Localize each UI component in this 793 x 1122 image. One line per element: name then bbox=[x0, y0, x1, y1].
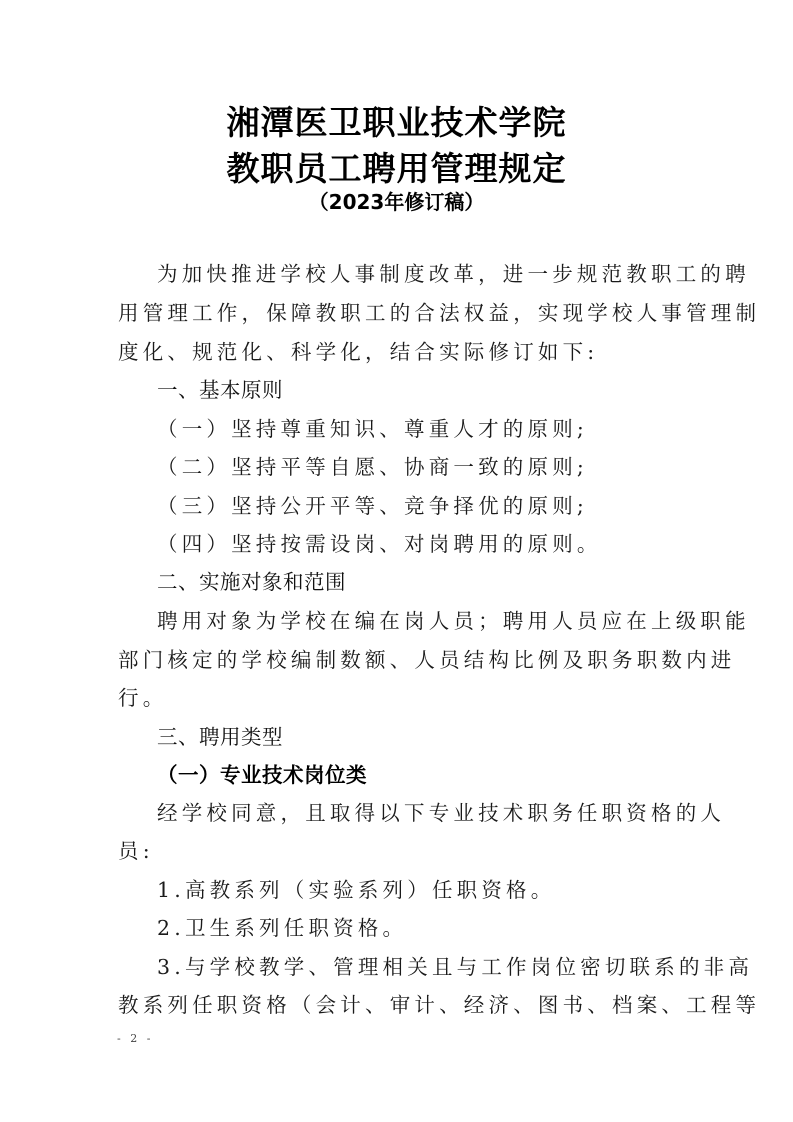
section3-item-3-line-2: 教系列任职资格（会计、审计、经济、图书、档案、工程等 bbox=[118, 991, 678, 1019]
section3-body-line-1: 经学校同意，且取得以下专业技术职务任职资格的人 bbox=[157, 799, 678, 827]
document-page: 湘潭医卫职业技术学院 教职员工聘用管理规定 （2023年修订稿） 为加快推进学校… bbox=[0, 0, 793, 1122]
intro-line-1: 为加快推进学校人事制度改革，进一步规范教职工的聘 bbox=[157, 260, 678, 288]
section1-heading: 一、基本原则 bbox=[157, 376, 678, 404]
section1-item-2: （二）坚持平等自愿、协商一致的原则; bbox=[157, 453, 678, 481]
section3-item-3-line-1: 3.与学校教学、管理相关且与工作岗位密切联系的非高 bbox=[157, 953, 678, 981]
section1-item-4: （四）坚持按需设岗、对岗聘用的原则。 bbox=[157, 530, 678, 558]
intro-line-3: 度化、规范化、科学化，结合实际修订如下: bbox=[118, 338, 678, 366]
document-title-line2: 教职员工聘用管理规定 bbox=[0, 149, 793, 189]
section3-item-1: 1.高教系列（实验系列）任职资格。 bbox=[157, 876, 678, 904]
page-number: - 2 - bbox=[117, 1032, 153, 1045]
section3-subheading: （一）专业技术岗位类 bbox=[157, 761, 678, 789]
intro-line-2: 用管理工作，保障教职工的合法权益，实现学校人事管理制 bbox=[118, 299, 678, 327]
section3-heading: 三、聘用类型 bbox=[157, 723, 678, 751]
section2-body-line-2: 部门核定的学校编制数额、人员结构比例及职务职数内进 bbox=[118, 646, 678, 674]
section2-body-line-1: 聘用对象为学校在编在岗人员；聘用人员应在上级职能 bbox=[157, 607, 678, 635]
section2-body-line-3: 行。 bbox=[118, 684, 678, 712]
document-subtitle: （2023年修订稿） bbox=[0, 188, 793, 216]
section1-item-1: （一）坚持尊重知识、尊重人才的原则; bbox=[157, 415, 678, 443]
section3-body-line-2: 员: bbox=[118, 837, 678, 865]
section3-item-2: 2.卫生系列任职资格。 bbox=[157, 914, 678, 942]
section1-item-3: （三）坚持公开平等、竞争择优的原则; bbox=[157, 492, 678, 520]
section2-heading: 二、实施对象和范围 bbox=[157, 568, 678, 596]
document-title-line1: 湘潭医卫职业技术学院 bbox=[0, 103, 793, 143]
